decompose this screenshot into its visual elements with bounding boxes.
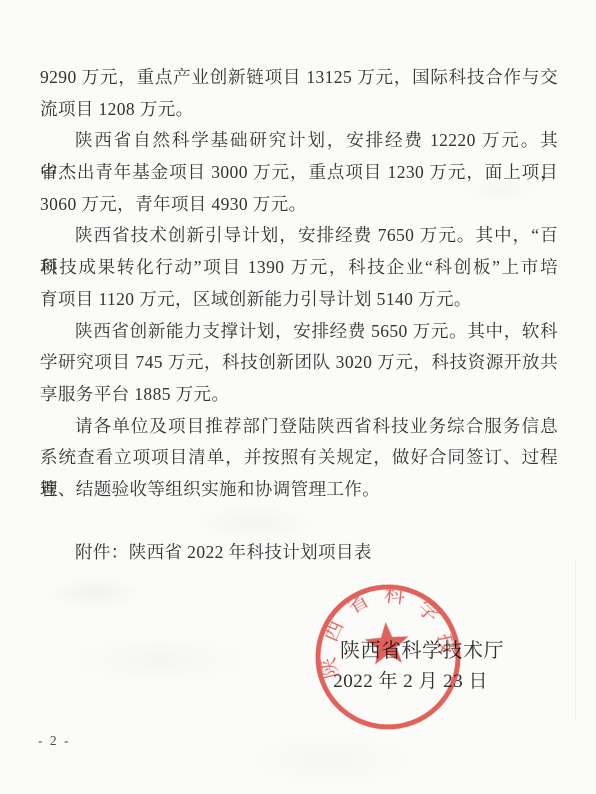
body-line: 陕西省技术创新引导计划，安排经费 7650 万元。其中，“百项 xyxy=(40,220,558,252)
document-body: 9290 万元，重点产业创新链项目 13125 万元，国际科技合作与交 流项目 … xyxy=(40,62,558,569)
seal-star-icon xyxy=(364,621,411,666)
body-line: 陕西省创新能力支撑计划，安排经费 5650 万元。其中，软科 xyxy=(40,316,558,348)
body-line: 3060 万元，青年项目 4930 万元。 xyxy=(40,189,558,221)
body-line: 育项目 1120 万元，区域创新能力引导计划 5140 万元。 xyxy=(40,284,558,316)
scan-artifact-line xyxy=(575,560,576,720)
body-line: 享服务平台 1885 万元。 xyxy=(40,379,558,411)
body-line: 流项目 1208 万元。 xyxy=(40,94,558,126)
page-number: - 2 - xyxy=(38,733,71,749)
body-line: 省杰出青年基金项目 3000 万元，重点项目 1230 万元，面上项目 xyxy=(40,157,558,189)
attachment-line: 附件：陕西省 2022 年科技计划项目表 xyxy=(40,537,558,569)
body-line: 请各单位及项目推荐部门登陆陕西省科技业务综合服务信息 xyxy=(40,411,558,443)
official-seal: 陕西省科学技术厅 xyxy=(308,577,468,737)
body-line: 9290 万元，重点产业创新链项目 13125 万元，国际科技合作与交 xyxy=(40,62,558,94)
body-line: 系统查看立项项目清单，并按照有关规定，做好合同签订、过程管 xyxy=(40,442,558,474)
body-line: 学研究项目 745 万元，科技创新团队 3020 万元，科技资源开放共 xyxy=(40,347,558,379)
document-page: 9290 万元，重点产业创新链项目 13125 万元，国际科技合作与交 流项目 … xyxy=(0,0,596,794)
body-line: 科技成果转化行动”项目 1390 万元，科技企业“科创板”上市培 xyxy=(40,252,558,284)
body-line: 理、结题验收等组织实施和协调管理工作。 xyxy=(40,474,558,506)
body-line: 陕西省自然科学基础研究计划，安排经费 12220 万元。其中， xyxy=(40,125,558,157)
